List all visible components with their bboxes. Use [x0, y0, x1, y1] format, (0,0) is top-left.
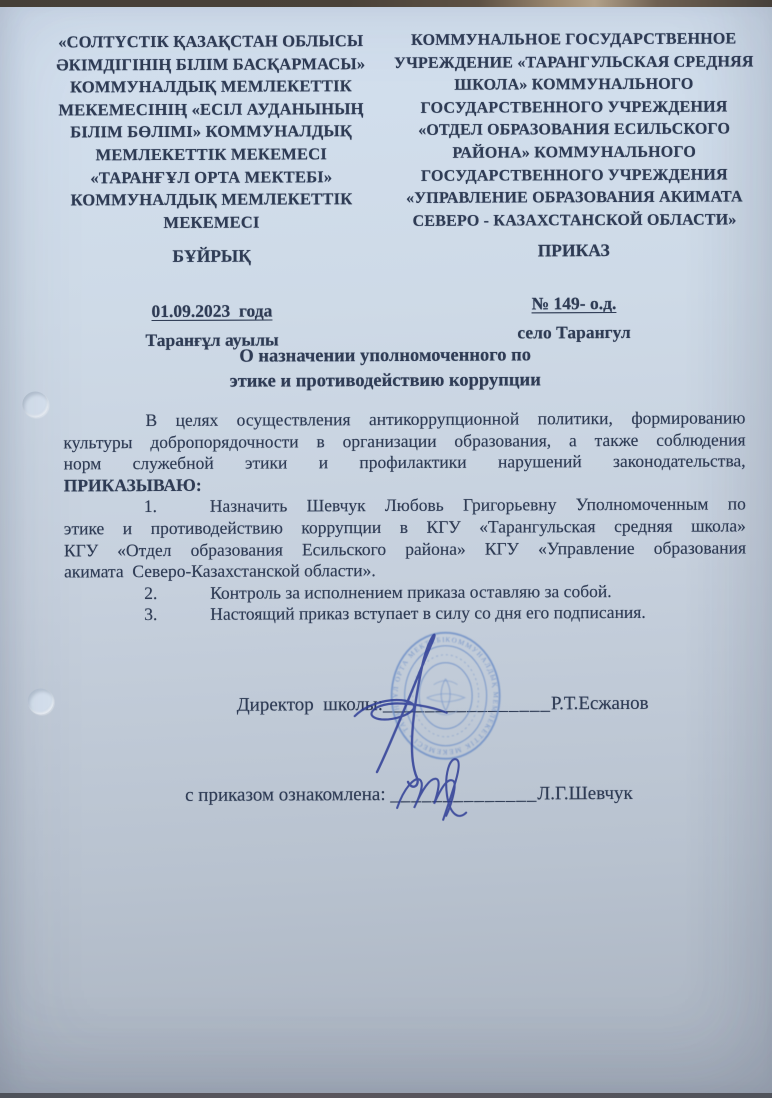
director-signature-ink — [354, 635, 447, 787]
order-number: № 149- о.д. — [531, 293, 616, 313]
order-date: 01.09.2023 года — [151, 300, 272, 321]
header-kazakh: «СОЛТҮСТІК ҚАЗАҚСТАН ОБЛЫСЫ ӘКІМДІГІНІҢ … — [28, 30, 395, 235]
item-number: 2. — [144, 583, 210, 605]
header-russian: КОММУНАЛЬНОЕ ГОСУДАРСТВЕННОЕ УЧРЕЖДЕНИЕ … — [390, 28, 759, 233]
order-item-2: 2.Контроль за исполнением приказа оставл… — [64, 580, 746, 605]
header-line: МЕКЕМЕСІНІҢ «ЕСІЛ АУДАНЫНЫҢ — [28, 98, 394, 122]
header-line: ГОСУДАРСТВЕННОГО УЧРЕЖДЕНИЯ — [390, 164, 758, 188]
header-line: «СОЛТҮСТІК ҚАЗАҚСТАН ОБЛЫСЫ — [28, 30, 394, 54]
resolution-word: ПРИКАЗЫВАЮ: — [64, 472, 746, 497]
header-line: РАЙОНА» КОММУНАЛЬНОГО — [390, 141, 758, 165]
paragraph-line: норм служебной этики и профилактики нару… — [64, 451, 746, 476]
header-line: КОММУНАЛЬНОЕ ГОСУДАРСТВЕННОЕ — [390, 28, 758, 52]
header-line: МЕКЕМЕСІ — [29, 211, 395, 235]
header-line: «УПРАВЛЕНИЕ ОБРАЗОВАНИЯ АКИМАТА — [390, 187, 758, 211]
header-line: ӘКІМДІГІНІҢ БІЛІМ БАСҚАРМАСЫ» — [28, 53, 394, 77]
order-item-1: 1.Назначить Шевчук Любовь Григорьевну Уп… — [64, 494, 746, 583]
order-title-line: этике и противодействию коррупции — [41, 368, 729, 396]
item-line: этике и противодействию коррупции в КГУ … — [64, 515, 746, 540]
paragraph-line: В целях осуществления антикоррупционной … — [63, 407, 745, 432]
acknowledged-signature-ink — [397, 759, 466, 820]
order-body: В целях осуществления антикоррупционной … — [63, 407, 746, 626]
order-title-line: О назначении уполномоченного по — [41, 343, 729, 371]
header-line: ШКОЛА» КОММУНАЛЬНОГО — [390, 74, 758, 98]
signature-acknowledged-name: Л.Г.Шевчук — [537, 783, 632, 804]
signature-director-name: Р.Т.Есжанов — [551, 693, 649, 714]
header-line: «ОТДЕЛ ОБРАЗОВАНИЯ ЕСИЛЬСКОГО — [390, 119, 758, 143]
order-word-russian: ПРИКАЗ — [391, 239, 757, 262]
order-number-block: № 149- о.д. село Тарангул — [391, 288, 757, 348]
photo-top-edge — [0, 0, 772, 7]
item-number: 3. — [144, 604, 210, 626]
signature-inks — [330, 611, 531, 827]
header-line: МЕМЛЕКЕТТІК МЕКЕМЕСІ — [28, 143, 394, 167]
scanned-order-document: { "page": { "header_left_lines": [ "«СОЛ… — [0, 0, 772, 1098]
header-line: КОММУНАЛДЫҚ МЕМЛЕКЕТТІК — [28, 75, 394, 99]
header-line: ГОСУДАРСТВЕННОГО УЧРЕЖДЕНИЯ — [390, 96, 758, 120]
header-line: СЕВЕРО - КАЗАХСТАНСКОЙ ОБЛАСТИ» — [391, 209, 759, 233]
photo-bottom-edge — [0, 1093, 772, 1098]
document-page: «СОЛТҮСТІК ҚАЗАҚСТАН ОБЛЫСЫ ӘКІМДІГІНІҢ … — [0, 0, 772, 1098]
paragraph-line: культуры добропорядочности в организации… — [63, 429, 745, 454]
header-line: КОММУНАЛДЫҚ МЕМЛЕКЕТТІК — [28, 188, 394, 212]
item-number: 1. — [144, 496, 210, 518]
item-line: КГУ «Отдел образования Есильского района… — [64, 537, 746, 562]
item-line: акимата Северо-Казахстанской области». — [64, 559, 746, 584]
header-line: «ТАРАНҒҰЛ ОРТА МЕКТЕБІ» — [28, 166, 394, 190]
order-word-kazakh: БҰЙРЫҚ — [29, 245, 395, 268]
order-title: О назначении уполномоченного по этике и … — [41, 343, 729, 396]
item-line: 1.Назначить Шевчук Любовь Григорьевну Уп… — [64, 494, 746, 519]
hole-punch-bottom — [28, 688, 54, 714]
header-line: БІЛІМ БӨЛІМІ» КОММУНАЛДЫҚ — [28, 120, 394, 144]
header-line: УЧРЕЖДЕНИЕ «ТАРАНГУЛЬСКАЯ СРЕДНЯЯ — [390, 51, 758, 75]
